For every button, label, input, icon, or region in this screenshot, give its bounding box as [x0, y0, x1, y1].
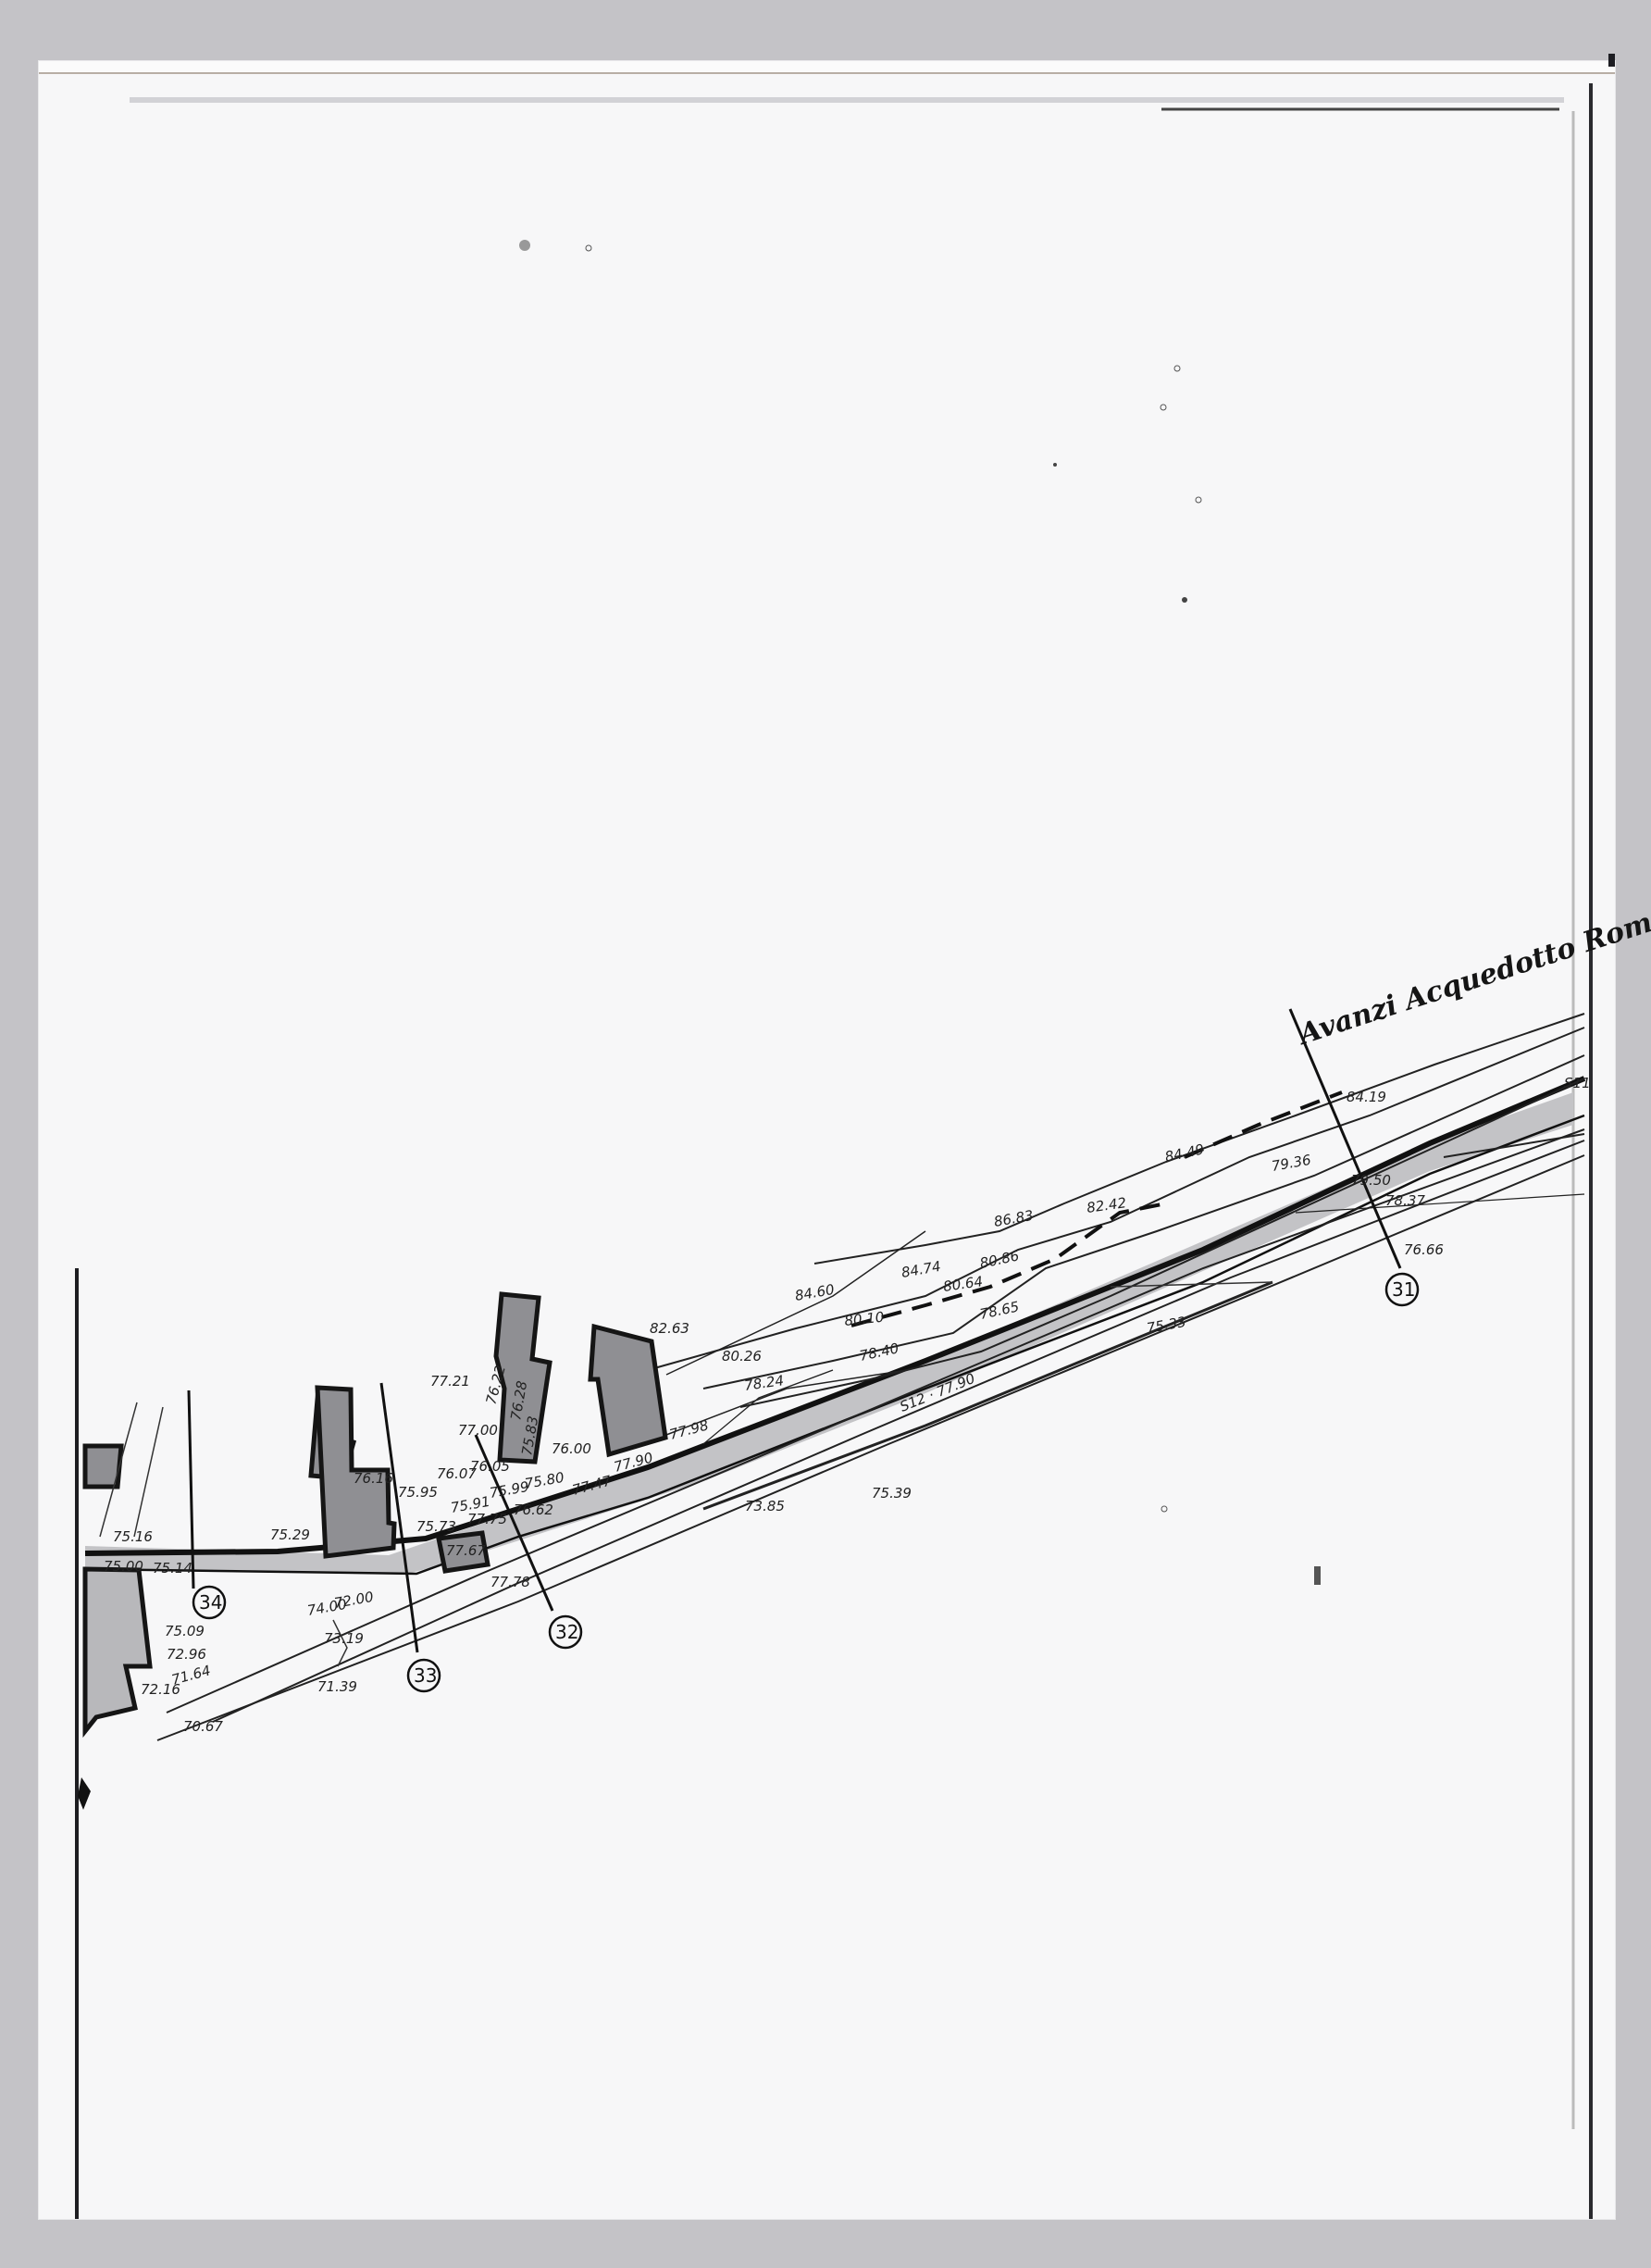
road-strip [85, 1092, 1573, 1574]
elevation-label: 70.67 [183, 1718, 223, 1735]
railway-line [85, 1078, 1584, 1574]
elevation-label: 76.07 [437, 1465, 477, 1482]
elevation-label: 73.85 [745, 1498, 785, 1514]
elevation-label: 78.40 [858, 1340, 900, 1365]
elevation-label: 73.19 [324, 1630, 364, 1647]
elevation-label: 75.29 [270, 1527, 310, 1543]
elevation-label: 75.00 [104, 1558, 143, 1575]
elevation-label: 77.00 [458, 1422, 498, 1439]
elevation-label: 75.39 [872, 1485, 912, 1502]
elevation-label: 86.83 [993, 1207, 1035, 1230]
elevation-label: 75.09 [165, 1623, 205, 1639]
elevation-label: 75.14 [153, 1560, 192, 1576]
survey-map: 31 32 33 34 Avanzi Acquedotto Romano S12… [0, 0, 1651, 2268]
elevation-label: 75.95 [398, 1484, 438, 1501]
elevation-label: 71.64 [169, 1662, 212, 1689]
elevation-label: 72.96 [167, 1646, 206, 1663]
elevation-label: 72.00 [333, 1589, 375, 1612]
elevation-label: 84.49 [1163, 1140, 1206, 1165]
elevation-label: 76.62 [514, 1502, 553, 1518]
elevation-label: 79.50 [1351, 1172, 1391, 1189]
section-32-label: 32 [555, 1621, 578, 1643]
elevation-label: 80.10 [844, 1309, 886, 1329]
elevation-label: 76.16 [354, 1470, 393, 1487]
building-left [85, 1569, 150, 1731]
elevation-label: 84.74 [900, 1258, 942, 1281]
contour-lines-upper [648, 1014, 1584, 1444]
elevation-label: 75.99 [489, 1478, 530, 1502]
elevation-label: 80.26 [722, 1348, 762, 1365]
elevation-label: 76.00 [552, 1440, 591, 1457]
elevation-label: 78.37 [1385, 1192, 1425, 1209]
aqueduct-label: Avanzi Acquedotto Romano [1293, 889, 1651, 1052]
map-drawing: 31 32 33 34 Avanzi Acquedotto Romano S12… [0, 0, 1651, 2268]
elevation-label: 84.60 [794, 1281, 836, 1304]
elevation-label: 79.36 [1271, 1152, 1312, 1175]
elevation-label: 84.19 [1347, 1089, 1386, 1105]
elevation-label: 76.66 [1404, 1241, 1444, 1258]
elevation-label: 77.21 [430, 1373, 470, 1389]
elevation-label: 78.65 [978, 1298, 1021, 1323]
elevation-label: 75.73 [416, 1518, 456, 1535]
elevation-label: 77.75 [467, 1511, 507, 1527]
elevation-label: 82.63 [650, 1320, 689, 1337]
contour-lines-lower [157, 1129, 1584, 1740]
map-frame [77, 83, 1591, 2219]
elevation-label: 80.86 [978, 1247, 1021, 1272]
section-31-label: 31 [1392, 1278, 1415, 1301]
section-34-label: 34 [199, 1591, 222, 1614]
elevation-label: 75.80 [524, 1469, 565, 1492]
elevation-label: 71.39 [317, 1678, 357, 1695]
elevation-label: 77.67 [446, 1542, 486, 1559]
scan-specks [78, 240, 1321, 1810]
edge-mark-label: S11 [1564, 1075, 1591, 1091]
section-33-label: 33 [414, 1664, 437, 1687]
elevation-label: 75.16 [113, 1528, 153, 1545]
elevation-label: 75.33 [1146, 1314, 1187, 1337]
elevation-label: 77.98 [667, 1416, 710, 1443]
elevation-labels: 84.19 84.49 79.36 79.50 78.37 76.66 86.8… [104, 1089, 1444, 1735]
elevation-label: 77.78 [490, 1574, 530, 1590]
building [590, 1327, 665, 1454]
